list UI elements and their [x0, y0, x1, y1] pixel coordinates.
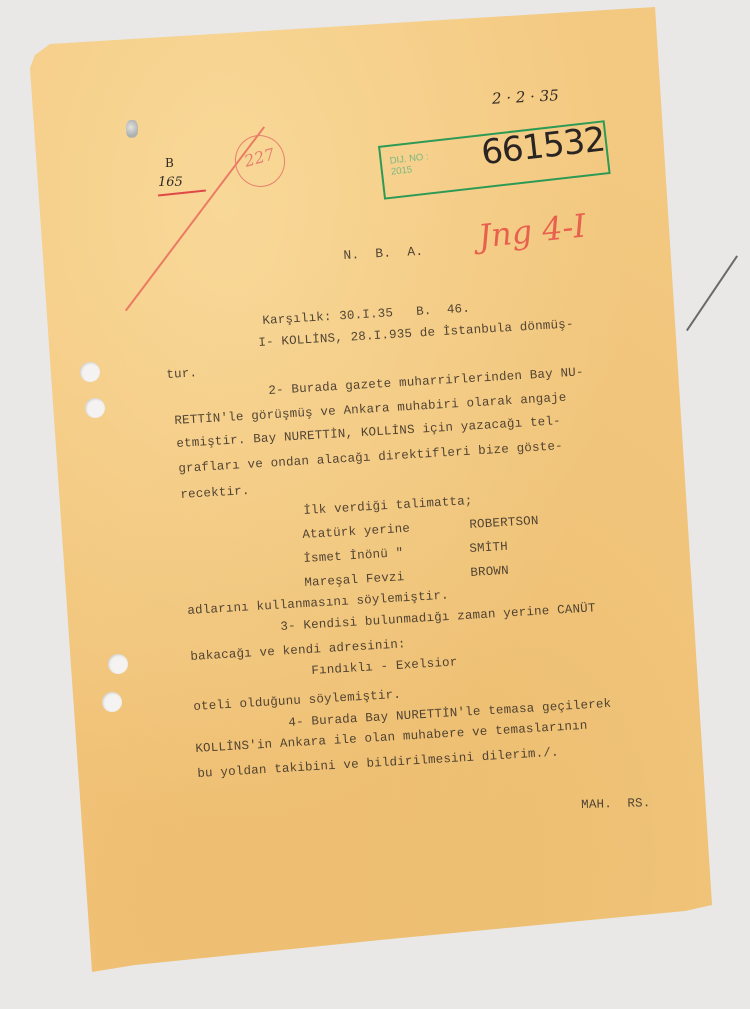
punch-hole [85, 398, 105, 418]
code-name-value: SMİTH [469, 540, 508, 556]
red-underline [158, 189, 206, 196]
punch-hole [108, 654, 128, 674]
signature-initials: MAH. RS. [581, 796, 651, 812]
paragraph-3-line-3: oteli olduğunu söylemiştir. [193, 688, 401, 714]
hotel-address: Fındıklı - Exelsior [311, 655, 458, 678]
paragraph-2-line-5: recektir. [180, 484, 250, 502]
punch-hole [80, 362, 100, 382]
code-name-person: İsmet İnönü " [303, 546, 404, 566]
code-name-person: Atatürk yerine [302, 522, 410, 542]
code-name-value: ROBERTSON [469, 514, 539, 532]
pin-mark [126, 120, 138, 138]
circled-number-text: 227 [242, 144, 276, 170]
stamp-number: 661532 [479, 119, 607, 173]
reference-line: Karşılık: 30.I.35 B. 46. [262, 302, 470, 328]
archival-document-page: 2 · 2 · 35 B 165 227 DIJ. NO : 2015 6615… [0, 0, 750, 1009]
archive-stamp: DIJ. NO : 2015 661532 [378, 120, 611, 199]
code-name-value: BROWN [470, 564, 509, 580]
stamp-label: DIJ. NO : 2015 [389, 151, 430, 177]
reference-letter: B [165, 156, 174, 170]
reference-number: 165 [158, 175, 183, 190]
punch-hole [102, 692, 122, 712]
code-name-person: Mareşal Fevzi [304, 570, 405, 590]
annotation-connector-line [686, 255, 738, 331]
circled-number: 227 [229, 129, 291, 192]
red-handwritten-note: Jng 4-I [476, 206, 587, 255]
document-header: N. B. A. [343, 244, 424, 263]
instructions-intro: İlk verdiği talimatta; [303, 494, 473, 518]
paragraph-1-line-2: tur. [166, 366, 198, 382]
handwritten-date: 2 · 2 · 35 [492, 86, 560, 107]
